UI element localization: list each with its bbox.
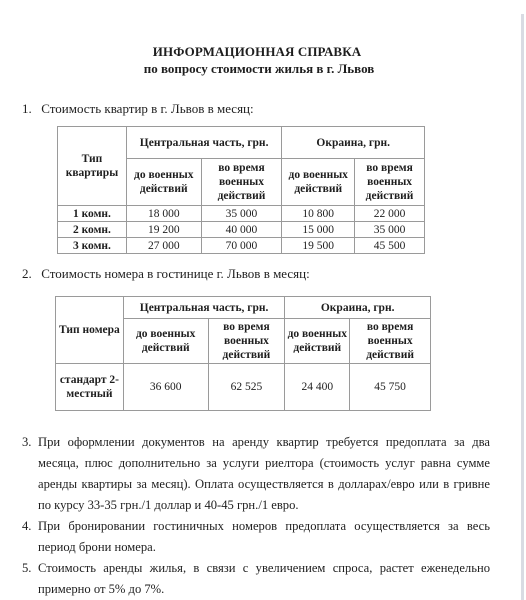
price-cell: 27 000 (126, 238, 201, 254)
row-label: 1 комн. (58, 206, 127, 222)
price-cell: 45 750 (350, 364, 431, 411)
subheader-outskirts-during-war: во время военных действий (355, 159, 425, 206)
price-cell: 70 000 (201, 238, 282, 254)
document-subtitle: по вопросу стоимости жилья в г. Львов (0, 60, 526, 77)
group-header-center: Центральная часть, грн. (126, 127, 281, 159)
price-cell: 36 600 (123, 364, 208, 411)
table-row: стандарт 2-местный 36 600 62 525 24 400 … (56, 364, 431, 411)
subheader-center-before-war: до военных действий (126, 159, 201, 206)
price-cell: 15 000 (282, 222, 355, 238)
note-item: 4. При бронировании гостиничных номеров … (22, 516, 490, 558)
price-cell: 22 000 (355, 206, 425, 222)
price-cell: 10 800 (282, 206, 355, 222)
row-label: стандарт 2-местный (56, 364, 124, 411)
section-1-heading: 1. Стоимость квартир в г. Львов в месяц: (22, 101, 254, 117)
price-cell: 19 200 (126, 222, 201, 238)
subheader-center-before-war: до военных действий (123, 319, 208, 364)
section-2-number: 2. (22, 266, 38, 282)
note-number: 3. (22, 432, 31, 453)
table-row: 3 комн. 27 000 70 000 19 500 45 500 (58, 238, 425, 254)
price-cell: 19 500 (282, 238, 355, 254)
subheader-outskirts-before-war: до военных действий (285, 319, 350, 364)
group-header-outskirts: Окраина, грн. (282, 127, 425, 159)
price-cell: 35 000 (355, 222, 425, 238)
note-text: Стоимость аренды жилья, в связи с увелич… (38, 561, 490, 596)
note-item: 5. Стоимость аренды жилья, в связи с уве… (22, 558, 490, 600)
group-header-center: Центральная часть, грн. (123, 297, 284, 319)
section-2-heading-text: Стоимость номера в гостинице г. Львов в … (41, 266, 309, 281)
hotel-prices-table: Тип номера Центральная часть, грн. Окраи… (55, 296, 431, 411)
price-cell: 24 400 (285, 364, 350, 411)
section-1-number: 1. (22, 101, 38, 117)
row-label: 3 комн. (58, 238, 127, 254)
subheader-outskirts-before-war: до военных действий (282, 159, 355, 206)
note-number: 4. (22, 516, 31, 537)
note-text: При оформлении документов на аренду квар… (38, 435, 490, 512)
page-edge-divider (521, 14, 524, 600)
subheader-outskirts-during-war: во время военных действий (350, 319, 431, 364)
document-header: ИНФОРМАЦИОННАЯ СПРАВКА по вопросу стоимо… (0, 43, 526, 77)
subheader-center-during-war: во время военных действий (208, 319, 285, 364)
price-cell: 40 000 (201, 222, 282, 238)
row-label: 2 комн. (58, 222, 127, 238)
price-cell: 35 000 (201, 206, 282, 222)
subheader-center-during-war: во время военных действий (201, 159, 282, 206)
apartment-prices-table: Тип квартиры Центральная часть, грн. Окр… (57, 126, 425, 254)
note-number: 5. (22, 558, 31, 579)
row-header-room-type: Тип номера (56, 297, 124, 364)
row-header-apartment-type: Тип квартиры (58, 127, 127, 206)
price-cell: 18 000 (126, 206, 201, 222)
note-text: При бронировании гостиничных номеров пре… (38, 519, 490, 554)
document-title: ИНФОРМАЦИОННАЯ СПРАВКА (0, 43, 526, 60)
price-cell: 62 525 (208, 364, 285, 411)
group-header-outskirts: Окраина, грн. (285, 297, 431, 319)
note-item: 3. При оформлении документов на аренду к… (22, 432, 490, 516)
section-2-heading: 2. Стоимость номера в гостинице г. Львов… (22, 266, 310, 282)
price-cell: 45 500 (355, 238, 425, 254)
table-row: 2 комн. 19 200 40 000 15 000 35 000 (58, 222, 425, 238)
notes-list: 3. При оформлении документов на аренду к… (22, 432, 490, 600)
table-row: 1 комн. 18 000 35 000 10 800 22 000 (58, 206, 425, 222)
section-1-heading-text: Стоимость квартир в г. Львов в месяц: (41, 101, 253, 116)
